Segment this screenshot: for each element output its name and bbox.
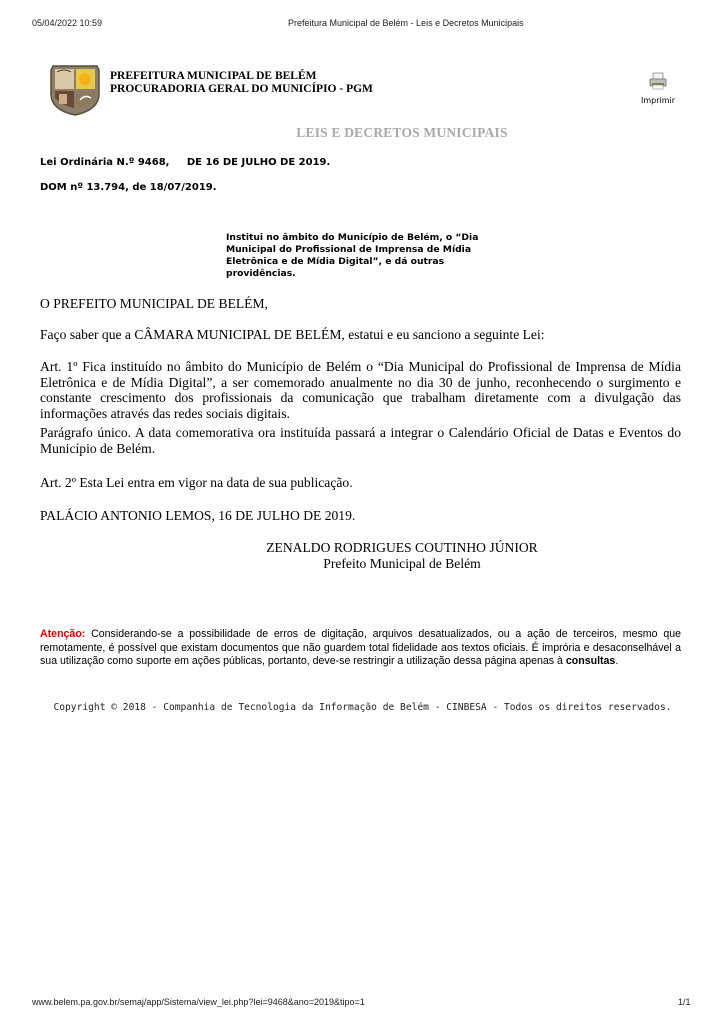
- sole-paragraph: Parágrafo único. A data comemorativa ora…: [40, 425, 681, 456]
- dom-reference: DOM nº 13.794, de 18/07/2019.: [40, 182, 217, 193]
- organization-name: PREFEITURA MUNICIPAL DE BELÉM PROCURADOR…: [110, 70, 373, 96]
- print-button[interactable]: Imprimir: [638, 72, 678, 105]
- place-and-date: PALÁCIO ANTONIO LEMOS, 16 DE JULHO DE 20…: [40, 508, 681, 524]
- org-line-2: PROCURADORIA GERAL DO MUNICÍPIO - PGM: [110, 83, 373, 96]
- signatory-title: Prefeito Municipal de Belém: [0, 556, 724, 572]
- notice-end: .: [615, 655, 618, 667]
- printer-icon: [648, 72, 668, 90]
- section-title: LEIS E DECRETOS MUNICIPAIS: [0, 125, 724, 141]
- org-line-1: PREFEITURA MUNICIPAL DE BELÉM: [110, 70, 373, 83]
- notice-label: Atenção:: [40, 628, 85, 640]
- print-url: www.belem.pa.gov.br/semaj/app/Sistema/vi…: [32, 997, 365, 1007]
- print-page-title: Prefeitura Municipal de Belém - Leis e D…: [288, 18, 524, 28]
- signatory-name: ZENALDO RODRIGUES COUTINHO JÚNIOR: [0, 540, 724, 556]
- disclaimer-notice: Atenção: Considerando-se a possibilidade…: [40, 628, 681, 669]
- print-button-label: Imprimir: [638, 96, 678, 105]
- print-datetime: 05/04/2022 10:59: [32, 18, 102, 28]
- article-1: Art. 1º Fica instituído no âmbito do Mun…: [40, 359, 681, 421]
- preamble: O PREFEITO MUNICIPAL DE BELÉM,: [40, 296, 681, 312]
- coat-of-arms-icon: [47, 60, 103, 116]
- article-2: Art. 2º Esta Lei entra em vigor na data …: [40, 475, 681, 491]
- law-summary: Institui no âmbito do Município de Belém…: [226, 232, 506, 280]
- print-page-number: 1/1: [678, 997, 691, 1007]
- enactment-clause: Faço saber que a CÂMARA MUNICIPAL DE BEL…: [40, 327, 681, 343]
- copyright: Copyright © 2018 - Companhia de Tecnolog…: [40, 702, 685, 714]
- law-number: Lei Ordinária N.º 9468, DE 16 DE JULHO D…: [40, 157, 330, 168]
- notice-emphasis: consultas: [566, 655, 615, 667]
